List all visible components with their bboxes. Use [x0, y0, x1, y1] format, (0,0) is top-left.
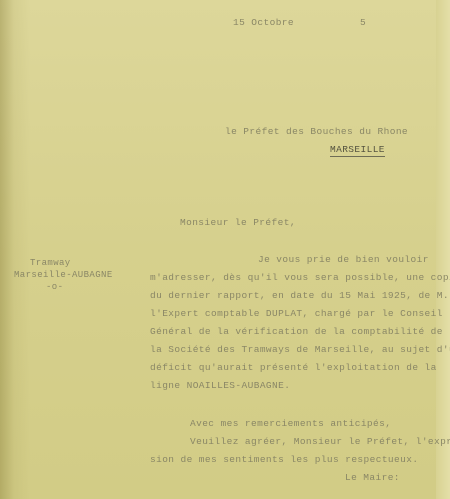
paper-edge [436, 0, 450, 499]
body-line: Général de la vérification de la comptab… [150, 326, 443, 337]
recipient-city: MARSEILLE [330, 144, 385, 157]
body-line: du dernier rapport, en date du 15 Mai 19… [150, 290, 449, 301]
closing-line: sion de mes sentiments les plus respectu… [150, 454, 418, 465]
body-line: Je vous prie de bien vouloir [258, 254, 429, 265]
year-suffix: 5 [360, 17, 366, 28]
date-line: 15 Octobre [233, 17, 294, 28]
body-line: la Société des Tramways de Marseille, au… [150, 344, 450, 355]
margin-note-line2: Marseille-AUBAGNE [14, 270, 113, 280]
body-line: déficit qu'aurait présenté l'exploitatio… [150, 362, 437, 373]
closing-line: Veuillez agréer, Monsieur le Préfet, l'e… [190, 436, 450, 447]
margin-note-line1: Tramway [30, 258, 71, 268]
recipient-title: le Préfet des Bouches du Rhone [225, 126, 408, 137]
salutation: Monsieur le Préfet, [180, 217, 296, 228]
margin-note-line3: -o- [46, 282, 63, 292]
body-line: ligne NOAILLES-AUBAGNE. [150, 380, 290, 391]
body-line: l'Expert comptable DUPLAT, chargé par le… [150, 308, 443, 319]
signature: Le Maire: [345, 472, 400, 483]
body-line: m'adresser, dès qu'il vous sera possible… [150, 272, 450, 283]
closing-line: Avec mes remerciements anticipés, [190, 418, 391, 429]
